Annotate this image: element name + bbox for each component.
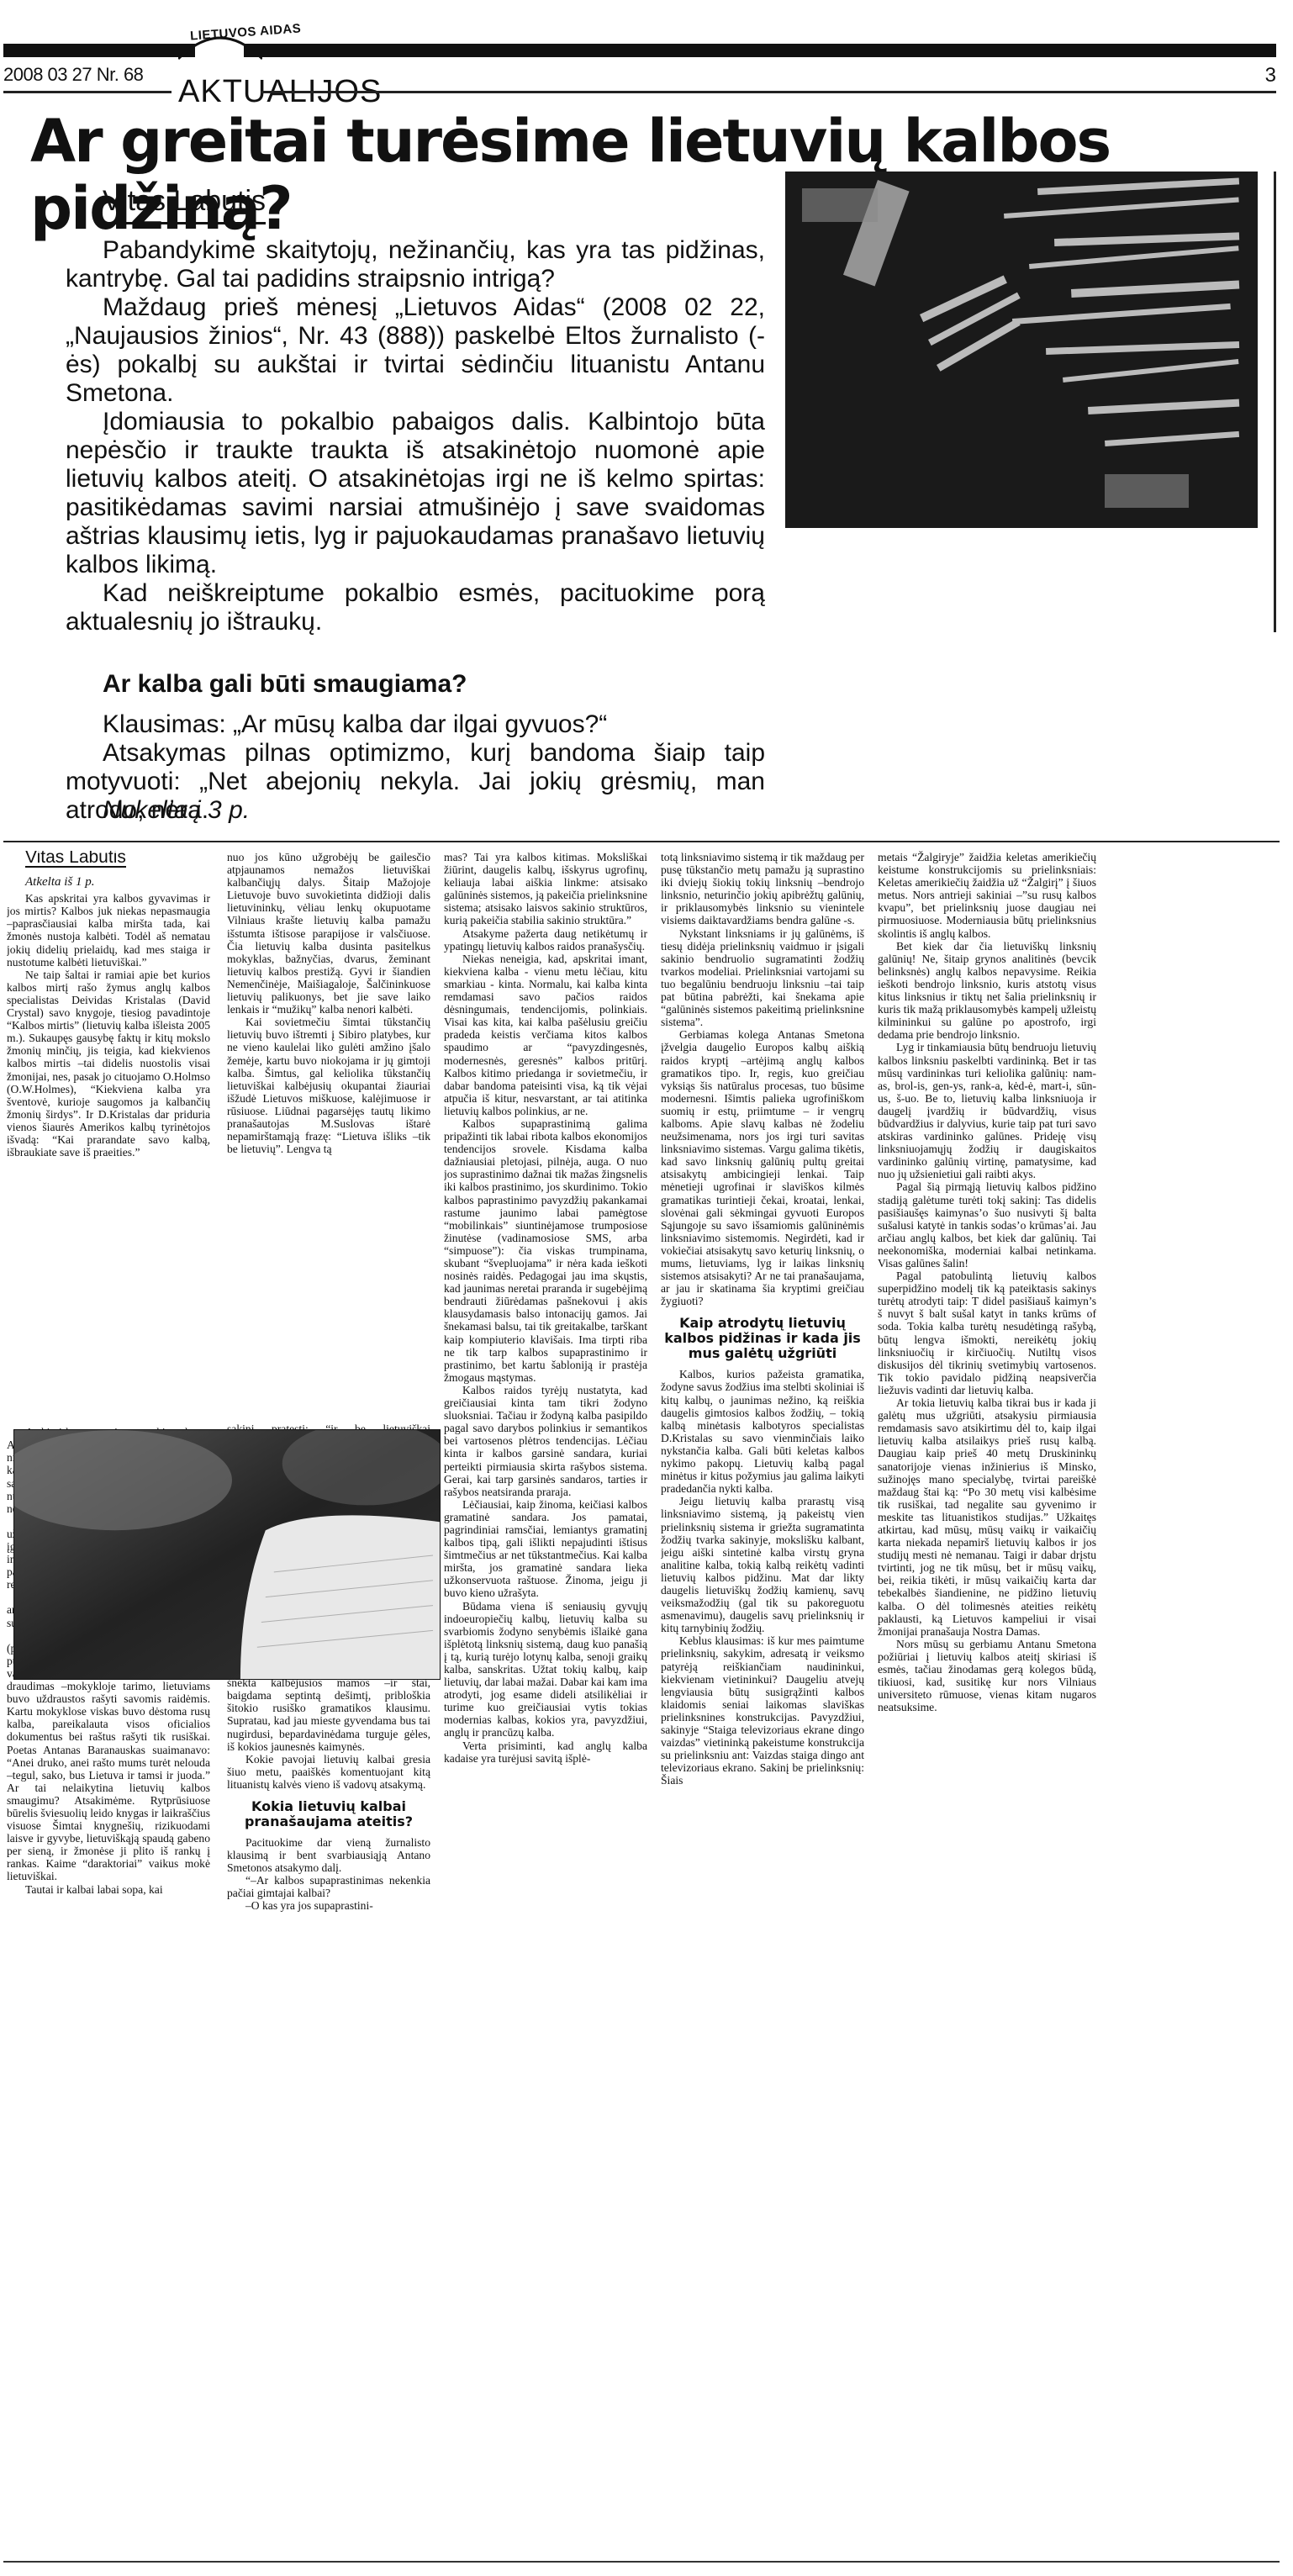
lead-paragraph: Kad neiškreiptume pokalbio esmės, pacitu… (66, 579, 765, 636)
body-paragraph: Jeigu lietuvių kalba prarastų visą links… (661, 1495, 864, 1634)
body-paragraph: Kai sovietmečiu šimtai tūkstančių lietuv… (227, 1016, 430, 1155)
body-paragraph: Ar tokia lietuvių kalba tikrai bus ir ka… (878, 1396, 1096, 1638)
body-paragraph: Lėčiausiai, kaip žinoma, keičiasi kalbos… (444, 1498, 647, 1600)
body-paragraph: “–Ar kalbos supaprastinimas nekenkia pač… (227, 1874, 430, 1899)
body-paragraph: nuo jos kūno užgrobėjų be gailesčio atpj… (227, 851, 430, 1016)
body-paragraph: Atsakyme pažerta daug netikėtumų ir ypat… (444, 927, 647, 953)
body-paragraph: Lyg ir tinkamiausia būtų bendruoju lietu… (878, 1041, 1096, 1180)
body-paragraph: –O kas yra jos supaprastini- (227, 1899, 430, 1912)
body-paragraph: Niekas neneigia, kad, apskritai imant, k… (444, 953, 647, 1117)
body-paragraph: metais “Žalgiryje” žaidžia keletas ameri… (878, 851, 1096, 940)
body-paragraph: Kokie pavojai lietuvių kalbai gresia šiu… (227, 1753, 430, 1791)
body-paragraph: Ne taip šaltai ir ramiai apie bet kurios… (7, 969, 210, 1159)
body-paragraph: Pagal šią pirmąją lietuvių kalbos pidžin… (878, 1180, 1096, 1270)
photo-spacer (7, 1159, 210, 1426)
body-paragraph: Kas apskritai yra kalbos gyvavimas ir jo… (7, 892, 210, 969)
body-paragraph: mas? Tai yra kalbos kitimas. Moksliškai … (444, 851, 647, 927)
body-paragraph: Pacituokime dar vieną žurnalisto klausim… (227, 1836, 430, 1874)
page-number: 3 (1265, 64, 1276, 87)
body-paragraph: Nykstant linksniams ir jų galūnėms, iš t… (661, 927, 864, 1029)
lead-paragraph: Pabandykime skaitytojų, nežinančių, kas … (66, 236, 765, 293)
column-3: mas? Tai yra kalbos kitimas. Moksliškai … (444, 851, 647, 2558)
article-body: Vitas Labutis Atkelta iš 1 p. Kas apskri… (7, 851, 1280, 2558)
column-4: totą linksniavimo sistemą ir tik maždaug… (661, 851, 864, 2558)
masthead-bar-left (3, 44, 195, 57)
column-1: Vitas Labutis Atkelta iš 1 p. Kas apskri… (7, 851, 210, 2558)
lead-subheading: Ar kalba gali būti smaugiama? (103, 670, 765, 699)
body-paragraph: totą linksniavimo sistemą ir tik maždaug… (661, 851, 864, 927)
manuscript-photo (13, 1429, 441, 1680)
column-subheading: Kokia lietuvių kalbai pranašaujama ateit… (227, 1799, 430, 1829)
continued-link[interactable]: Nukelta į 3 p. (66, 796, 765, 825)
lead-paragraph: Įdomiausia to pokalbio pabaigos dalis. K… (66, 408, 765, 579)
section-rule-right (261, 91, 1276, 93)
section-rule-left (3, 91, 172, 93)
body-paragraph: Pagal patobulintą lietuvių kalbos superp… (878, 1270, 1096, 1396)
body-paragraph: Nors mūsų su gerbiamu Antanu Smetona pož… (878, 1638, 1096, 1714)
lead-section: Vitas Labutis Pabandykime skaitytojų, ne… (66, 187, 765, 825)
body-paragraph: Keblus klausimas: iš kur mes paimtume pr… (661, 1634, 864, 1787)
section-divider (3, 841, 1280, 842)
continued-from: Atkelta iš 1 p. (25, 876, 210, 889)
masthead-bar-right (244, 44, 1276, 57)
column-5: metais “Žalgiryje” žaidžia keletas ameri… (878, 851, 1096, 2558)
author-byline: Vitas Labutis (103, 187, 266, 224)
body-paragraph: Tautai ir kalbai labai sopa, kai (7, 1883, 210, 1896)
column-byline: Vitas Labutis (25, 851, 126, 868)
body-paragraph: Verta prisiminti, kad anglų kalba kadais… (444, 1739, 647, 1765)
body-paragraph: Bet kiek dar čia lietuviškų linksnių gal… (878, 940, 1096, 1042)
column-subheading: Kaip atrodytų lietuvių kalbos pidžinas i… (661, 1316, 864, 1361)
body-paragraph: Kalbos, kurios pažeista gramatika, žodyn… (661, 1368, 864, 1495)
lead-paragraph: Maždaug prieš mėnesį „Lietuvos Aidas“ (2… (66, 293, 765, 408)
lead-question: Klausimas: „Ar mūsų kalba dar ilgai gyvu… (66, 710, 765, 739)
body-paragraph: Būdama viena iš seniausių gyvųjų indoeur… (444, 1600, 647, 1739)
lead-right-rule (1274, 172, 1276, 632)
body-paragraph: Kalbos supaprastinimą galima pripažinti … (444, 1117, 647, 1384)
photo-spacer (227, 1155, 430, 1423)
column-2: nuo jos kūno užgrobėjų be gailesčio atpj… (227, 851, 430, 2558)
body-paragraph: Kalbos raidos tyrėjų nustatyta, kad grei… (444, 1384, 647, 1498)
body-paragraph: Gerbiamas kolega Antanas Smetona įžvelgi… (661, 1028, 864, 1307)
issue-date: 2008 03 27 Nr. 68 (3, 64, 143, 86)
books-photo (785, 172, 1258, 528)
bottom-rule (3, 2561, 1280, 2563)
masthead: LIETUVOS AIDAS 2008 03 27 Nr. 68 3 AKTUA… (0, 0, 1293, 118)
